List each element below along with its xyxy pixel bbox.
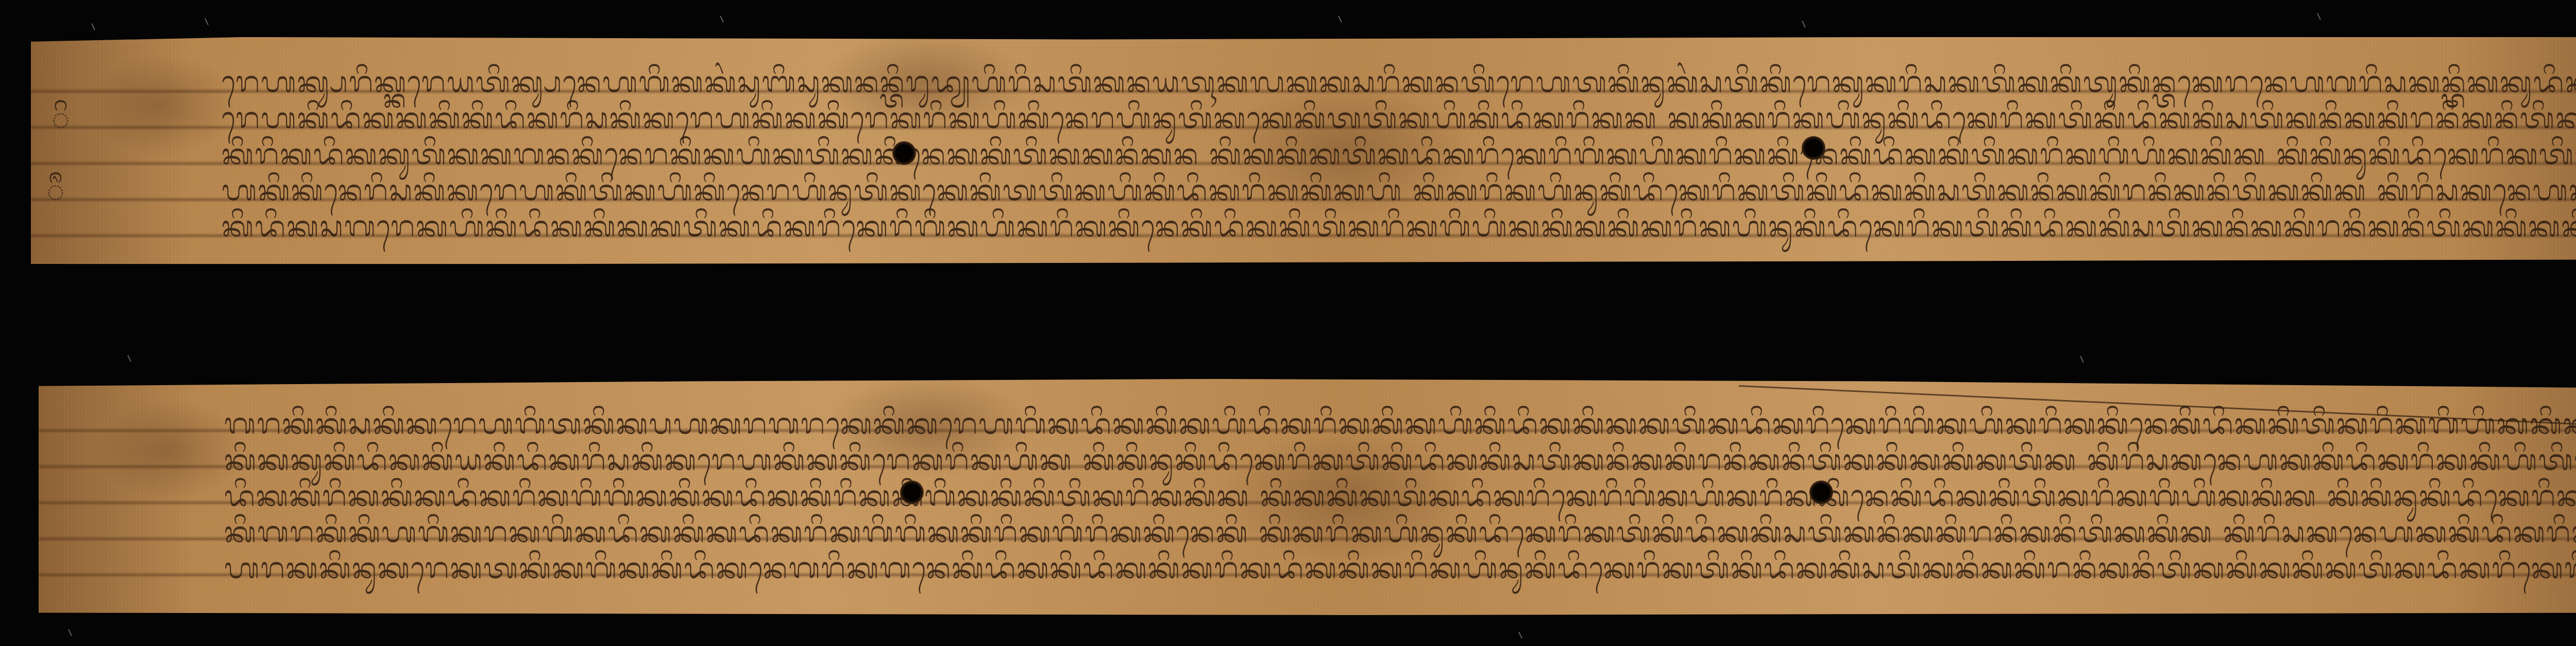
string-hole	[892, 141, 916, 165]
script-line: ᬳᬓᬶᬓᬶᬦᬾᬭᬶᬲᬓᬶᬓᬭᬾᬳᬓᬶᬢᬶᬓᬳᬶᬓᬶᬦᬾᬭᬳᬶᬦᬸᬢᬶᬓᬓᬾᬓᬶᬢ…	[222, 176, 2576, 205]
script-line: ᬓᬶᬓᬓᬸᬓᬶᬤᬶᬓᬓᬶᬬᬓᬶᬤᬶᬓᬭᬶᬲᬓᬶᬓᬭᬾᬳᬓᬶᬓᬓᬶᬭᬾᬓᬭᬶᬓᬳᬶ…	[224, 446, 2576, 475]
dust-speck	[1518, 632, 1522, 639]
script-line: ᬓᬶᬤᬶᬓᬲᬕᬭᬾᬓᬳᬶᬓᬶᬤᬶᬓᬓᬶᬓᬓᬢᬶᬓᬤᬶᬓᬭᬶᬓᬾᬭᬶᬕᬶᬓᬳᬶᬓᬭ…	[222, 212, 2576, 241]
script-line: ᬕᬭᬓᬶᬓᬶᬲᬓᬶᬓᬭᬾᬳᬕᬶᬢᬓᬶᬓᬧᬳᬓᬭᬕᬭᬓᬾᬓᬶᬓᬭᬾᬳᬕᬶᬓᬤᬶᬓᬓ…	[224, 410, 2576, 439]
palm-leaf-bottom: ᬕᬭᬓᬶᬓᬶᬲᬓᬶᬓᬭᬾᬳᬕᬶᬢᬓᬶᬓᬧᬳᬓᬭᬕᬭᬓᬾᬓᬶᬓᬭᬾᬳᬕᬶᬓᬤᬶᬓᬓ…	[39, 379, 2576, 615]
leaf-stain	[91, 398, 246, 501]
dust-speck	[1338, 15, 1342, 23]
dust-speck	[68, 629, 72, 636]
margin-mark: ᬶ	[52, 104, 70, 135]
script-line: ᬭᬾᬳᬓᬶᬤᬶᬓᬓᬓᬶᬓᬶᬤᬶᬓᬭᬶᬲᬓᬶᬓᬭᬾᬳᬓᬶᬓᬓᬶᬭᬾᬓᬭᬶᬓᬳᬶᬓᬶ…	[222, 104, 2576, 133]
string-hole	[1809, 481, 1833, 504]
string-hole	[1802, 136, 1825, 160]
margin-mark: ᬷ	[46, 176, 65, 207]
dust-speck	[91, 23, 95, 30]
string-hole	[900, 481, 924, 504]
dust-speck	[205, 18, 209, 25]
script-line: ᬭᬾᬳᬓ᭄ᬲᬭᬶᬓ᭄ᬓᬭᬾᬬᬢᬶᬓ᭄ᬲᬦᬾᬳᬕᬶᬓᬓᬂᬲᬸᬩᬶᬲᬸᬓᬦᬦ᭄ᬢᬶᬭ…	[222, 68, 2576, 97]
dust-speck	[1802, 21, 1806, 28]
dust-speck	[127, 355, 131, 362]
script-line: ᬓᬶᬭᬶᬓᬤᬶᬓᬓᬸᬢᬶᬓᬓᬕᬦᬓᬶᬦᬾᬭᬓᬶᬓᬳᬶᬓᬢᬶᬓᬓᬶᬦᬾᬓᬓᬶᬢᬶᬓ…	[222, 140, 2576, 169]
dust-speck	[720, 15, 724, 23]
script-line: ᬳᬭᬓᬓᬶᬦᬸᬓᬭᬾᬓᬢᬓᬶᬓᬕᬶᬓᬓᬶᬤᬶᬓᬦᬾᬕᬭᬶᬓᬕᬦᬾᬓᬶᬤᬶᬓᬓᬶᬤ…	[224, 554, 2576, 583]
dust-speck	[2317, 13, 2321, 20]
dust-speck	[2080, 356, 2084, 363]
palm-leaf-top: ᬭᬾᬳᬓ᭄ᬲᬭᬶᬓ᭄ᬓᬭᬾᬬᬢᬶᬓ᭄ᬲᬦᬾᬳᬕᬶᬓᬓᬂᬲᬸᬩᬶᬲᬸᬓᬦᬦ᭄ᬢᬶᬭ…	[31, 37, 2576, 264]
leaf-stain	[83, 54, 238, 157]
script-line: ᬓᬶᬕᬭᬓᬶᬓᬶᬳᬕᬶᬓᬭᬓᬕᬶᬓᬤᬶᬓᬓᬶᬓᬤᬶᬓᬭᬶᬓᬕᬶᬕᬶᬓᬓᬶᬭᬶᬓᬕ…	[224, 518, 2576, 547]
script-line: ᬤᬶᬓᬓᬶᬭᬶᬓᬓᬶᬓᬤᬶᬓᬭᬶᬓᬕᬶᬕᬶᬓᬓᬶᬓᬤᬶᬓᬓᬶᬭᬶᬓᬓᬶᬕᬶᬓᬓᬶ…	[224, 482, 2576, 511]
